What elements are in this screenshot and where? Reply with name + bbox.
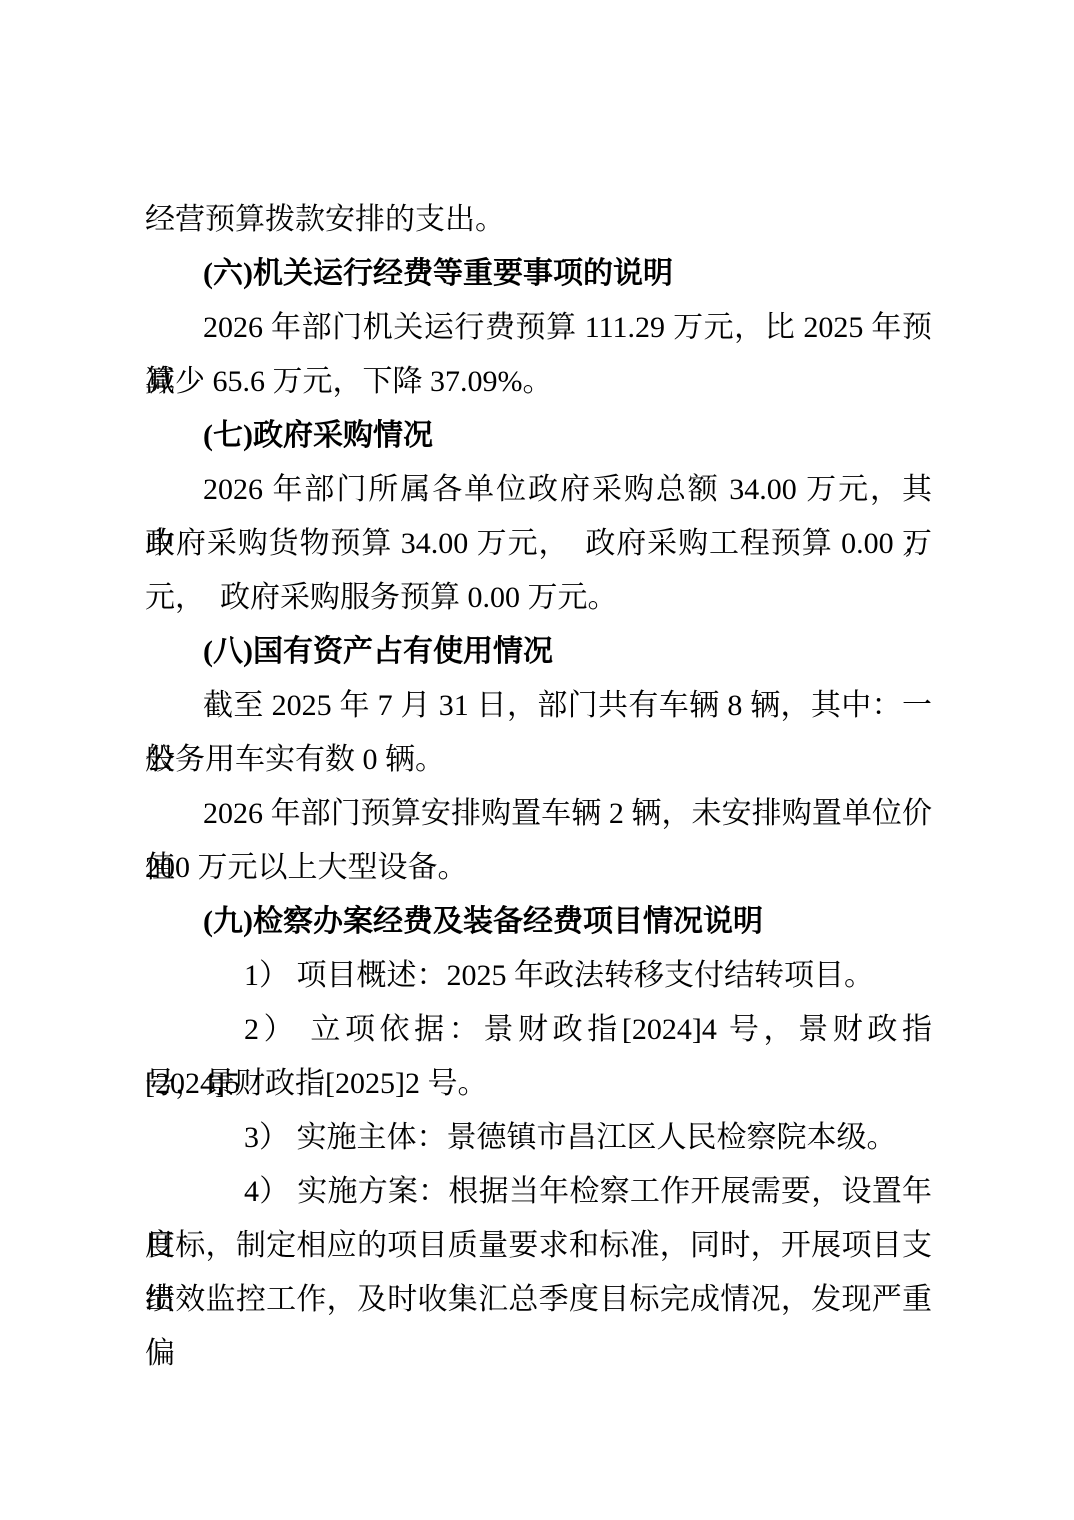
paragraph-line: 2026 年部门预算安排购置车辆 2 辆，未安排购置单位价值 (145, 787, 932, 841)
paragraph-line: 200 万元以上大型设备。 (145, 841, 932, 895)
text-block: 经营预算拨款安排的支出。 (六)机关运行经费等重要事项的说明 2026 年部门机… (145, 193, 932, 1327)
paragraph-line: 经营预算拨款安排的支出。 (145, 193, 932, 247)
paragraph-line: 政府采购货物预算 34.00 万元， 政府采购工程预算 0.00 万 (145, 517, 932, 571)
numbered-item-2: 2） 立项依据：景财政指[2024]4 号，景财政指[2024]5 (145, 1003, 932, 1057)
paragraph-line: 号，景财政指[2025]2 号。 (145, 1057, 932, 1111)
paragraph-line: 元， 政府采购服务预算 0.00 万元。 (145, 571, 932, 625)
numbered-item-3: 3） 实施主体：景德镇市昌江区人民检察院本级。 (145, 1111, 932, 1165)
document-page: 经营预算拨款安排的支出。 (六)机关运行经费等重要事项的说明 2026 年部门机… (0, 0, 1074, 1520)
section-heading-6: (六)机关运行经费等重要事项的说明 (145, 247, 932, 301)
paragraph-line: 2026 年部门所属各单位政府采购总额 34.00 万元，其中； (145, 463, 932, 517)
numbered-item-4: 4） 实施方案：根据当年检察工作开展需要，设置年度 (145, 1165, 932, 1219)
paragraph-line: 截至 2025 年 7 月 31 日，部门共有车辆 8 辆，其中：一般 (145, 679, 932, 733)
paragraph-line: 公务用车实有数 0 辆。 (145, 733, 932, 787)
paragraph-line: 减少 65.6 万元，下降 37.09%。 (145, 355, 932, 409)
paragraph-line: 目标，制定相应的项目质量要求和标准，同时，开展项目支出 (145, 1219, 932, 1273)
section-heading-8: (八)国有资产占有使用情况 (145, 625, 932, 679)
section-heading-7: (七)政府采购情况 (145, 409, 932, 463)
section-heading-9: (九)检察办案经费及装备经费项目情况说明 (145, 895, 932, 949)
paragraph-line: 2026 年部门机关运行费预算 111.29 万元，比 2025 年预算 (145, 301, 932, 355)
numbered-item-1: 1） 项目概述：2025 年政法转移支付结转项目。 (145, 949, 932, 1003)
paragraph-line: 绩效监控工作，及时收集汇总季度目标完成情况，发现严重偏 (145, 1273, 932, 1327)
